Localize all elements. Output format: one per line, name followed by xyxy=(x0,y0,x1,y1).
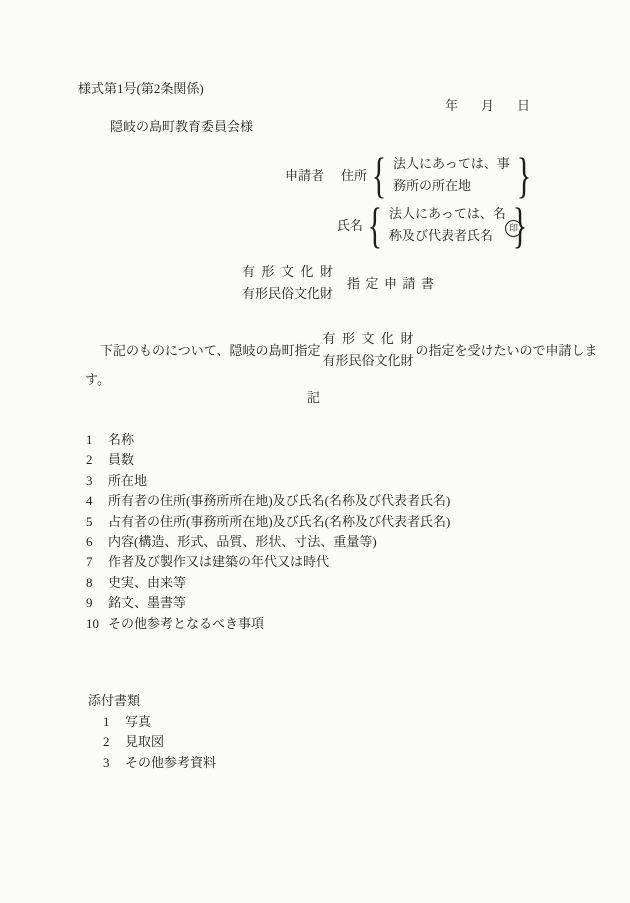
item-number: 7 xyxy=(86,552,102,572)
address-label: 住所 xyxy=(341,167,367,184)
item-number: 8 xyxy=(86,573,102,593)
item-text: 史実、由来等 xyxy=(108,575,186,590)
body-continuation: す。 xyxy=(85,371,110,388)
name-label: 氏名 xyxy=(337,217,363,234)
name-note-line2: 称及び代表者氏名 xyxy=(389,225,506,247)
attachment-item-2: 2見取図 xyxy=(88,732,216,753)
attachment-number: 2 xyxy=(103,732,115,753)
body-category-line1: 有形文化財 xyxy=(322,328,413,350)
item-number: 3 xyxy=(86,471,102,491)
list-item-8: 8史実、由来等 xyxy=(86,573,450,593)
form-number: 様式第1号(第2条関係) xyxy=(78,80,204,97)
list-item-10: 10その他参考となるべき事項 xyxy=(86,614,450,634)
seal-character: 印 xyxy=(505,220,522,237)
body-category: 有形文化財 有形民俗文化財 xyxy=(322,328,413,372)
date-line: 年 月 日 xyxy=(445,97,530,114)
item-text: 員数 xyxy=(108,452,134,467)
item-text: 名称 xyxy=(108,432,134,447)
title-category: 有形文化財 有形民俗文化財 xyxy=(242,261,333,305)
list-item-1: 1名称 xyxy=(86,430,450,450)
title-suffix: 指定申請書 xyxy=(347,275,440,292)
item-text: 占有者の住所(事務所所在地)及び氏名(名称及び代表者氏名) xyxy=(108,514,450,529)
addressee: 隠岐の島町教育委員会様 xyxy=(110,118,253,135)
attachments-heading: 添付書類 xyxy=(88,691,216,712)
left-brace: { xyxy=(368,203,382,247)
body-lead: 下記のものについて、隠岐の島町指定 xyxy=(100,342,320,359)
seal-icon: 印 xyxy=(505,220,522,237)
applicant-label: 申請者 xyxy=(285,167,324,184)
body-category-line2: 有形民俗文化財 xyxy=(322,350,413,372)
item-number: 2 xyxy=(86,450,102,470)
item-text: 所有者の住所(事務所所在地)及び氏名(名称及び代表者氏名) xyxy=(108,493,450,508)
attachment-text: その他参考資料 xyxy=(125,755,216,770)
address-note-line1: 法人にあっては、事 xyxy=(393,153,510,175)
item-text: その他参考となるべき事項 xyxy=(108,616,264,631)
attachment-number: 3 xyxy=(103,753,115,774)
item-number: 6 xyxy=(86,532,102,552)
date-month: 月 xyxy=(481,97,494,114)
item-number: 10 xyxy=(86,614,102,634)
attachment-item-3: 3その他参考資料 xyxy=(88,753,216,774)
list-item-7: 7作者及び製作又は建築の年代又は時代 xyxy=(86,552,450,572)
left-brace: { xyxy=(372,153,386,197)
title-category-line1: 有形文化財 xyxy=(242,261,333,283)
name-note-line1: 法人にあっては、名 xyxy=(389,203,506,225)
list-item-4: 4所有者の住所(事務所所在地)及び氏名(名称及び代表者氏名) xyxy=(86,491,450,511)
body-paragraph: 下記のものについて、隠岐の島町指定 有形文化財 有形民俗文化財 の指定を受けたい… xyxy=(100,328,598,372)
date-day: 日 xyxy=(517,97,530,114)
item-number: 4 xyxy=(86,491,102,511)
title-category-line2: 有形民俗文化財 xyxy=(242,283,333,305)
item-number: 5 xyxy=(86,512,102,532)
item-text: 所在地 xyxy=(108,473,147,488)
applicant-address-row: 申請者 住所 { 法人にあっては、事 務所の所在地 } xyxy=(285,153,536,197)
item-text: 内容(構造、形式、品質、形状、寸法、重量等) xyxy=(108,534,377,549)
item-list: 1名称 2員数 3所在地 4所有者の住所(事務所所在地)及び氏名(名称及び代表者… xyxy=(86,430,450,634)
attachments-section: 添付書類 1写真 2見取図 3その他参考資料 xyxy=(88,691,216,773)
record-marker: 記 xyxy=(307,389,320,406)
list-item-2: 2員数 xyxy=(86,450,450,470)
document-page: 様式第1号(第2条関係) 年 月 日 隠岐の島町教育委員会様 申請者 住所 { … xyxy=(0,0,630,903)
item-text: 銘文、墨書等 xyxy=(108,595,186,610)
attachment-text: 写真 xyxy=(125,714,151,729)
attachment-number: 1 xyxy=(103,712,115,733)
item-text: 作者及び製作又は建築の年代又は時代 xyxy=(108,554,329,569)
item-number: 9 xyxy=(86,593,102,613)
list-item-3: 3所在地 xyxy=(86,471,450,491)
list-item-5: 5占有者の住所(事務所所在地)及び氏名(名称及び代表者氏名) xyxy=(86,512,450,532)
list-item-6: 6内容(構造、形式、品質、形状、寸法、重量等) xyxy=(86,532,450,552)
list-item-9: 9銘文、墨書等 xyxy=(86,593,450,613)
address-note: 法人にあっては、事 務所の所在地 xyxy=(393,153,510,197)
attachment-text: 見取図 xyxy=(125,734,164,749)
applicant-name-row: 氏名 { 法人にあっては、名 称及び代表者氏名 } xyxy=(337,203,532,247)
item-number: 1 xyxy=(86,430,102,450)
document-title: 有形文化財 有形民俗文化財 指定申請書 xyxy=(240,261,440,305)
name-note: 法人にあっては、名 称及び代表者氏名 xyxy=(389,203,506,247)
date-year: 年 xyxy=(445,97,458,114)
body-tail: の指定を受けたいので申請しま xyxy=(416,342,598,359)
right-brace: } xyxy=(517,153,531,197)
attachment-item-1: 1写真 xyxy=(88,712,216,733)
address-note-line2: 務所の所在地 xyxy=(393,175,510,197)
